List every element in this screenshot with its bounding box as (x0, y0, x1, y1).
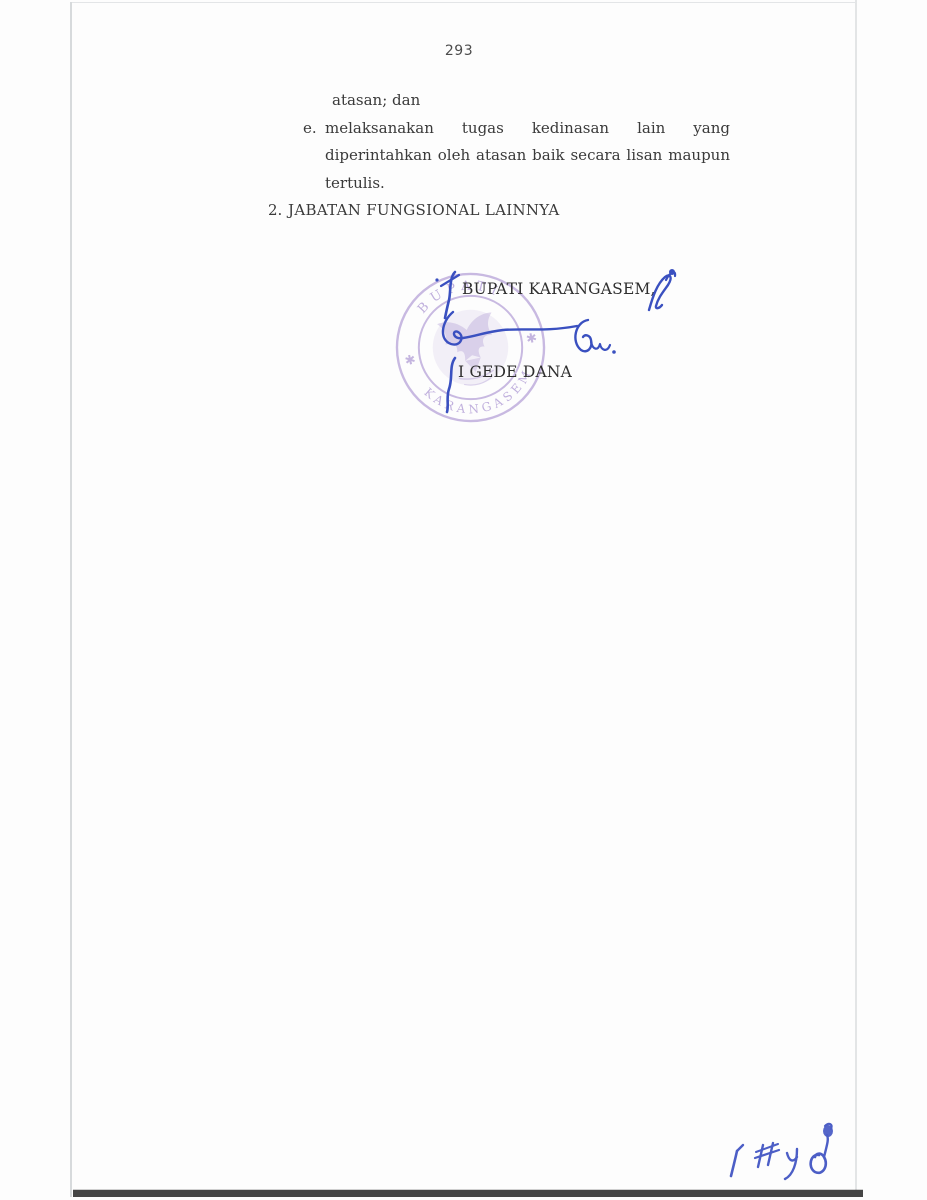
item-e-line-3: tertulis. (325, 170, 730, 198)
scan-right-edge (855, 0, 857, 1190)
scan-left-edge (70, 2, 72, 1197)
scanned-document-page: 293 atasan; dan e. melaksanakan tugas ke… (0, 0, 927, 1200)
scan-bottom-edge (73, 1190, 863, 1197)
scan-top-edge (72, 2, 856, 3)
item-2-heading: JABATAN FUNGSIONAL LAINNYA (288, 197, 559, 225)
list-marker-2: 2. (268, 197, 288, 225)
list-marker-e: e. (303, 115, 325, 198)
document-body: atasan; dan e. melaksanakan tugas kedina… (268, 87, 730, 225)
list-item-e: e. melaksanakan tugas kedinasan lain yan… (268, 115, 730, 198)
handwritten-initials (715, 1095, 875, 1190)
item-e-line-2: diperintahkan oleh atasan baik secara li… (325, 142, 730, 170)
stamp-star-left-icon: ✱ (403, 352, 417, 369)
list-item-2: 2. JABATAN FUNGSIONAL LAINNYA (268, 197, 730, 225)
handwritten-signature (425, 258, 695, 423)
list-item-e-text: melaksanakan tugas kedinasan lain yang d… (325, 115, 730, 198)
page-number: 293 (429, 43, 489, 59)
paragraph-continuation: atasan; dan (332, 87, 730, 115)
item-e-line-1: melaksanakan tugas kedinasan lain yang (325, 115, 730, 143)
